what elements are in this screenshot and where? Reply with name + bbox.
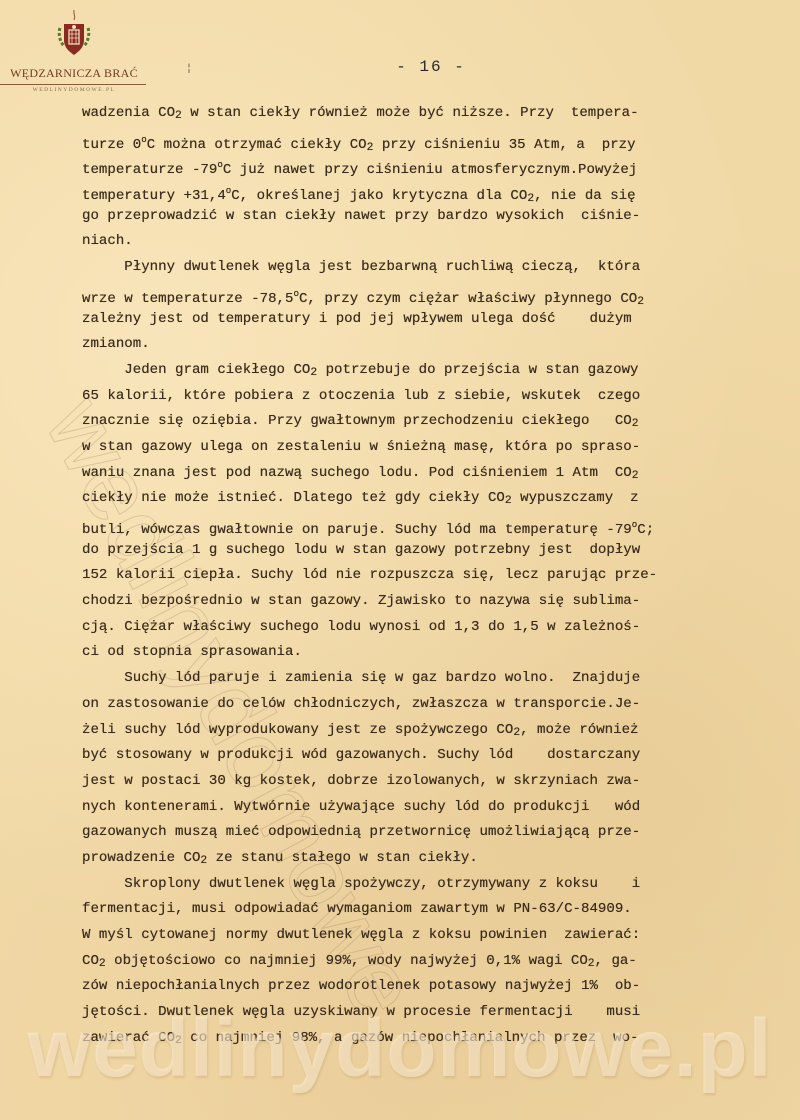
text-line: zmianom.: [82, 332, 782, 358]
text-line: nych kontenerami. Wytwórnie używające su…: [82, 795, 782, 821]
text-line: temperatury +31,4oC, określanej jako kry…: [82, 178, 782, 204]
text-line: fermentacji, musi odpowiadać wymaganiom …: [82, 897, 782, 923]
text-line: CO2 objętościowo co najmniej 99%, wody n…: [82, 949, 782, 975]
text-line: wadzenia CO2 w stan ciekły również może …: [82, 101, 782, 127]
text-line: Jeden gram ciekłego CO2 potrzebuje do pr…: [82, 358, 782, 384]
text-line: do przejścia 1 g suchego lodu w stan gaz…: [82, 538, 782, 564]
text-line: w stan gazowy ulega on zestaleniu w śnie…: [82, 435, 782, 461]
text-line: prowadzenie CO2 ze stanu stałego w stan …: [82, 846, 782, 872]
brand-name: WĘDZARNICZA BRAĆ: [0, 66, 148, 81]
text-line: jest w postaci 30 kg kostek, dobrze izol…: [82, 769, 782, 795]
text-line: być stosowany w produkcji wód gazowanych…: [82, 743, 782, 769]
text-line: ciekły nie może istnieć. Dlatego też gdy…: [82, 486, 782, 512]
text-line: zależny jest od temperatury i pod jej wp…: [82, 307, 782, 333]
page-number: - 16 -: [386, 58, 476, 76]
text-line: 152 kalorii ciepła. Suchy lód nie rozpus…: [82, 563, 782, 589]
text-line: temperaturze -79oC już nawet przy ciśnie…: [82, 152, 782, 178]
text-line: ci od stopnia sprasowania.: [82, 640, 782, 666]
text-line: niach.: [82, 229, 782, 255]
text-line: Skroplony dwutlenek węgla spożywczy, otr…: [82, 872, 782, 898]
site-logo[interactable]: WĘDZARNICZA BRAĆ WEDLINYDOMOWE.PL: [0, 8, 148, 93]
text-line: Płynny dwutlenek węgla jest bezbarwną ru…: [82, 255, 782, 281]
text-line: żeli suchy lód wyprodukowany jest ze spo…: [82, 718, 782, 744]
text-line: znacznie się oziębia. Przy gwałtownym pr…: [82, 409, 782, 435]
crest-icon: [54, 8, 94, 58]
text-line: turze 0oC można otrzymać ciekły CO2 przy…: [82, 127, 782, 153]
text-line: chodzi bezpośrednio w stan gazowy. Zjawi…: [82, 589, 782, 615]
stray-ink-mark: ¦: [186, 64, 192, 75]
text-line: zów niepochłanialnych przez wodorotlenek…: [82, 974, 782, 1000]
text-line: butli, wówczas gwałtownie on paruje. Suc…: [82, 512, 782, 538]
text-line: go przeprowadzić w stan ciekły nawet prz…: [82, 204, 782, 230]
text-line: on zastosowanie do celów chłodniczych, z…: [82, 692, 782, 718]
text-line: waniu znana jest pod nazwą suchego lodu.…: [82, 461, 782, 487]
text-line: W myśl cytowanej normy dwutlenek węgla z…: [82, 923, 782, 949]
brand-subtitle: WEDLINYDOMOWE.PL: [0, 87, 148, 93]
text-line: 65 kalorii, które pobiera z otoczenia lu…: [82, 384, 782, 410]
text-line: gazowanych muszą mieć odpowiednią przetw…: [82, 820, 782, 846]
text-line: Suchy lód paruje i zamienia się w gaz ba…: [82, 666, 782, 692]
document-body: wadzenia CO2 w stan ciekły również może …: [82, 101, 782, 1051]
text-line: cją. Ciężar właściwy suchego lodu wynosi…: [82, 615, 782, 641]
bottom-watermark: wedlinydomowe.pl: [0, 1002, 800, 1096]
text-line: wrze w temperaturze -78,5oC, przy czym c…: [82, 281, 782, 307]
brand-divider: [0, 84, 146, 85]
